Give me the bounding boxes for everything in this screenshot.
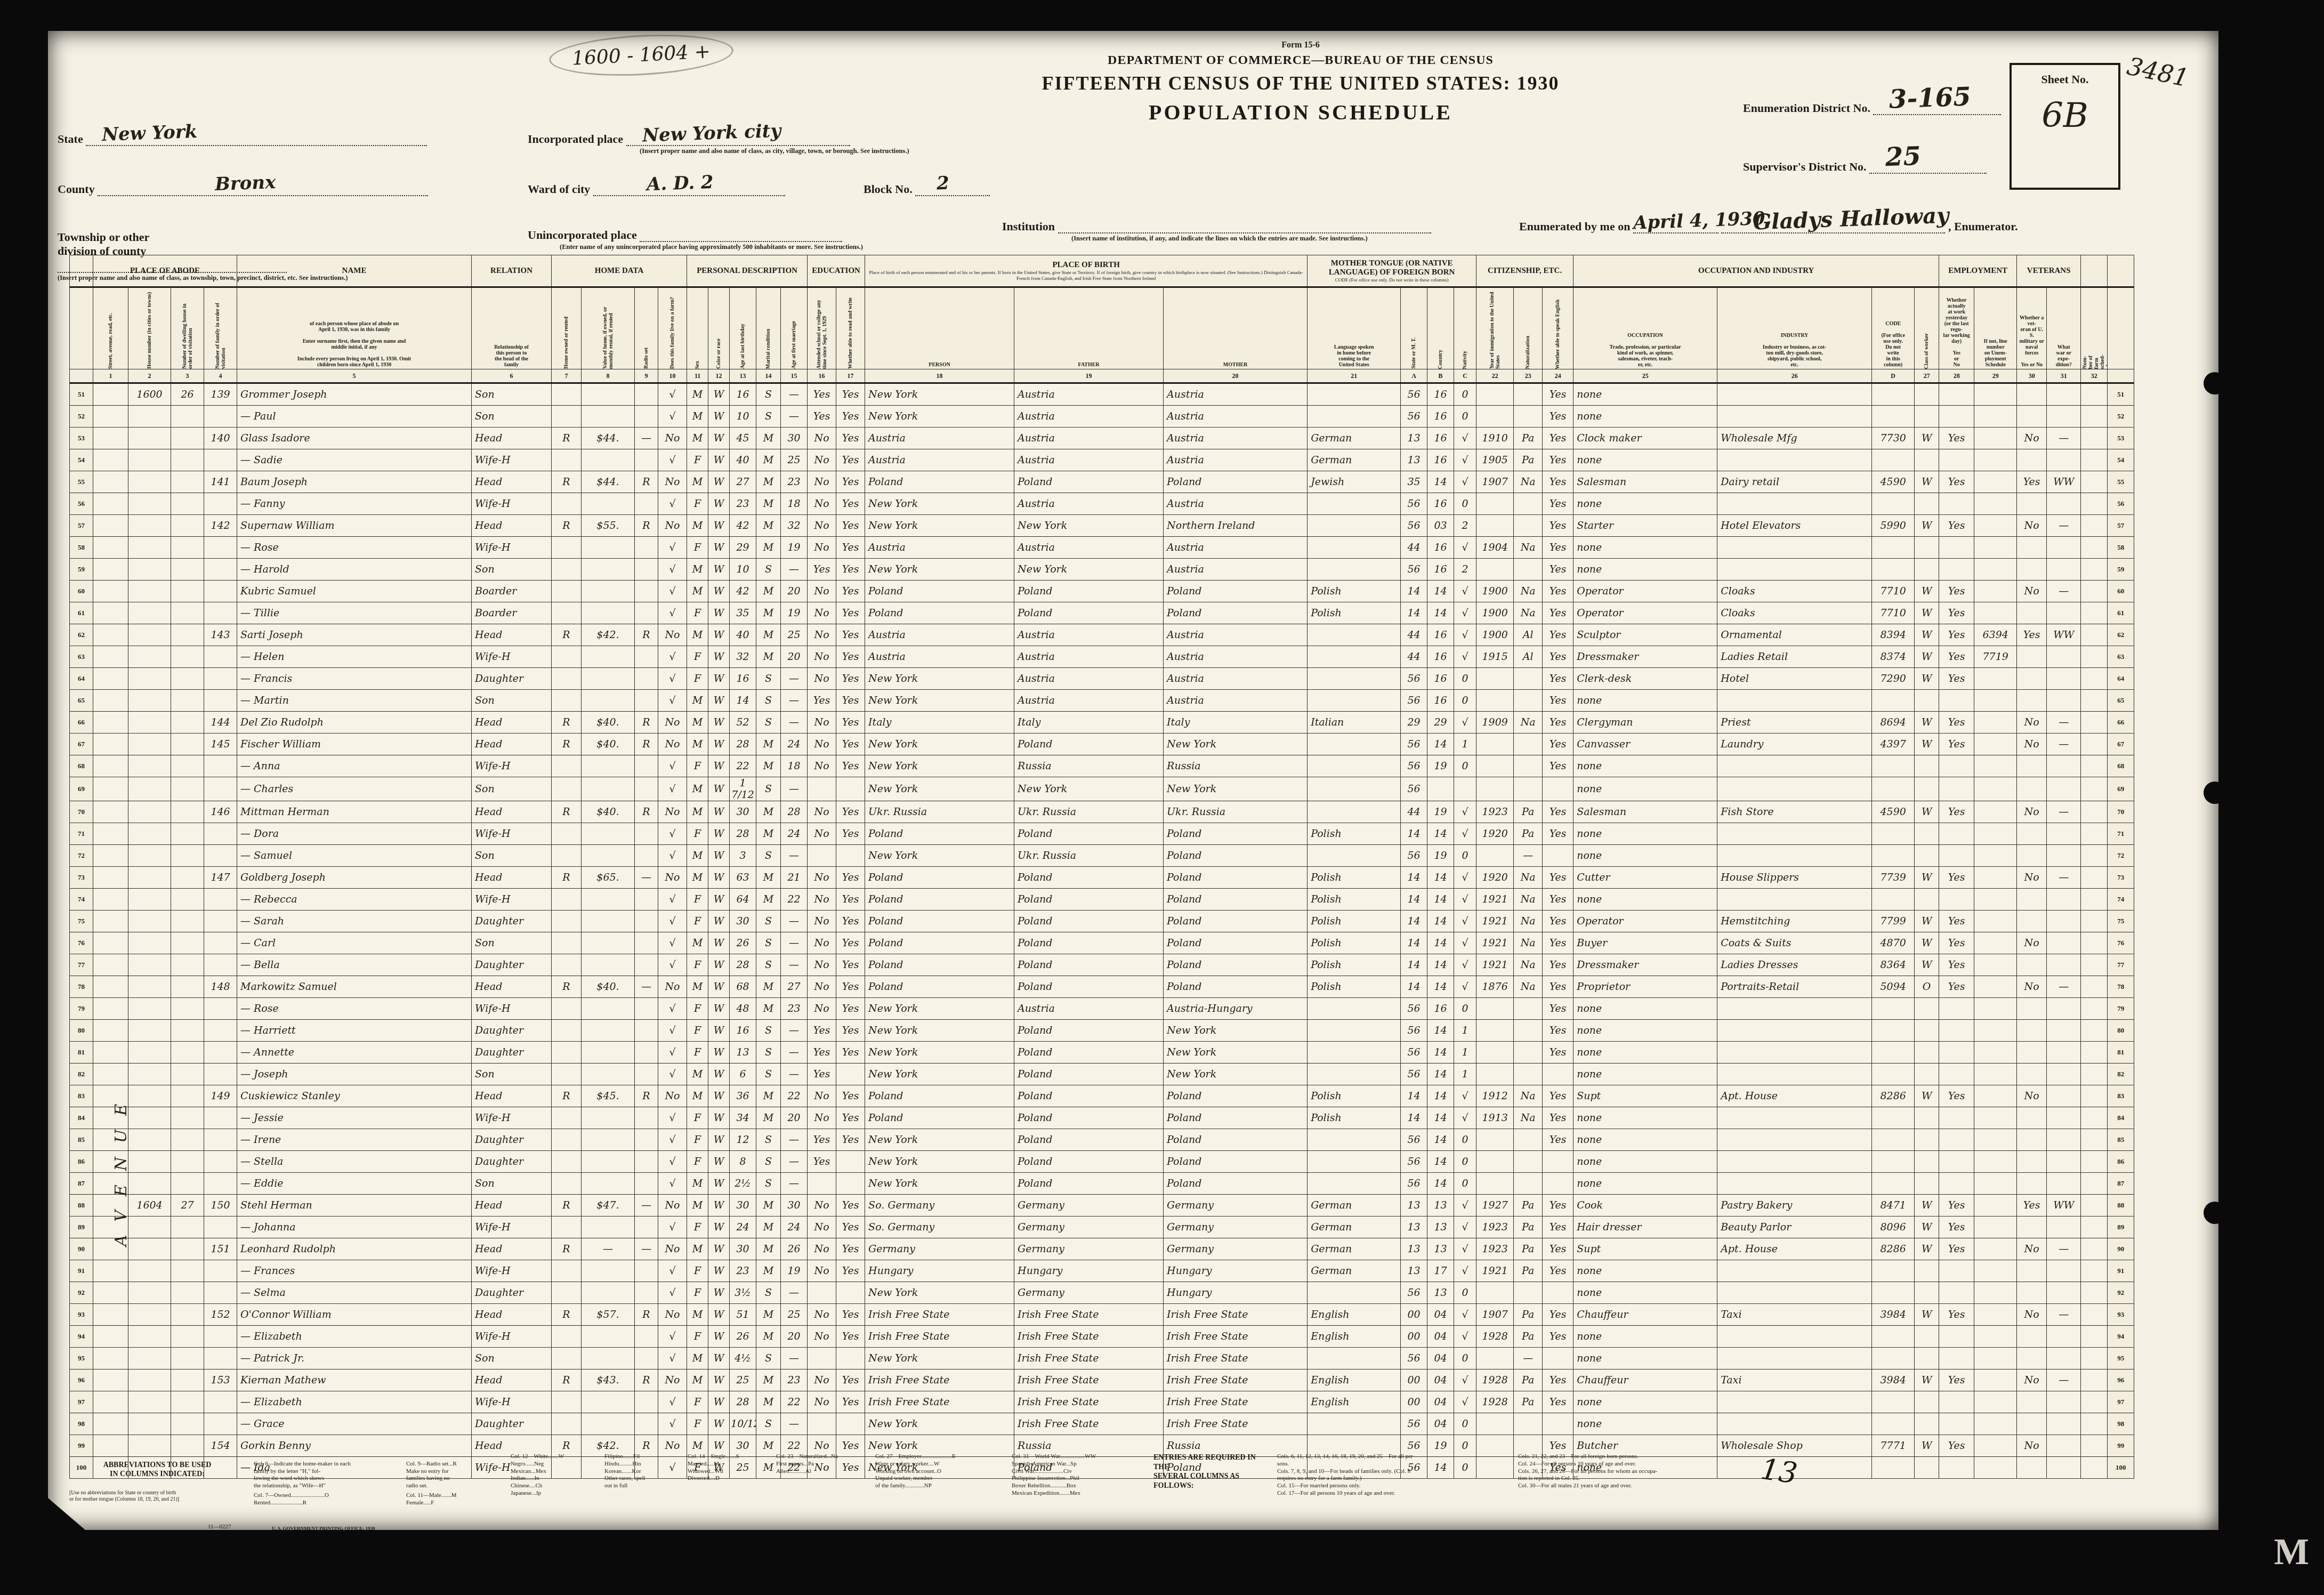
col-language bbox=[1308, 668, 1401, 690]
line-number-left: 88 bbox=[70, 1195, 93, 1217]
col-veteran: No bbox=[2017, 515, 2047, 537]
col23-block: Col. 23—Naturalized...Na First papers...… bbox=[776, 1453, 867, 1514]
col-code-c: √ bbox=[1454, 976, 1476, 998]
col-veteran: No bbox=[2017, 801, 2047, 823]
col-relation: Head bbox=[472, 1238, 552, 1260]
col-language bbox=[1308, 1282, 1401, 1304]
col-war bbox=[2047, 889, 2081, 911]
column-number: 22 bbox=[1476, 369, 1514, 383]
col-dwelling bbox=[171, 823, 204, 845]
col-sex: F bbox=[687, 1282, 708, 1304]
column-number bbox=[70, 369, 93, 383]
col-birth-person: New York bbox=[865, 1020, 1014, 1042]
col-school: No bbox=[808, 801, 836, 823]
col-house-number bbox=[128, 1064, 171, 1085]
col-family bbox=[204, 690, 237, 712]
sheet-stamp: 3481 bbox=[2125, 51, 2192, 92]
col-veteran bbox=[2017, 911, 2047, 932]
col-street bbox=[93, 428, 128, 449]
col-birth-mother: Austria bbox=[1164, 449, 1308, 471]
col-war bbox=[2047, 1020, 2081, 1042]
col-industry bbox=[1717, 1413, 1872, 1435]
col-radio: R bbox=[635, 624, 658, 646]
line-number-right: 82 bbox=[2108, 1064, 2134, 1085]
col-birth-person: Austria bbox=[865, 624, 1014, 646]
col-unemployment bbox=[1974, 515, 2017, 537]
col-industry bbox=[1717, 1064, 1872, 1085]
col-veteran bbox=[2017, 777, 2047, 801]
col-farm-schedule bbox=[2081, 976, 2108, 998]
col-code-c: 0 bbox=[1454, 845, 1476, 867]
col-class-worker: W bbox=[1915, 734, 1939, 755]
col-read-write: Yes bbox=[836, 1326, 865, 1348]
col-at-work: Yes bbox=[1939, 1195, 1974, 1217]
col-radio bbox=[635, 1260, 658, 1282]
col-owned-rented: R bbox=[552, 1304, 582, 1326]
col-at-work bbox=[1939, 1326, 1974, 1348]
col-code-d bbox=[1872, 1282, 1915, 1304]
col-relation: Son bbox=[472, 777, 552, 801]
line-number-right: 67 bbox=[2108, 734, 2134, 755]
col-english: Yes bbox=[1543, 932, 1573, 954]
col-school: No bbox=[808, 976, 836, 998]
col-read-write: Yes bbox=[836, 493, 865, 515]
col-owned-rented bbox=[552, 1107, 582, 1129]
col-code-b: 14 bbox=[1427, 932, 1454, 954]
col-farm-schedule bbox=[2081, 845, 2108, 867]
line-number-right: 93 bbox=[2108, 1304, 2134, 1326]
col-language: Polish bbox=[1308, 954, 1401, 976]
col-birth-mother: Poland bbox=[1164, 1173, 1308, 1195]
col-code-d: 8394 bbox=[1872, 624, 1915, 646]
col-language: English bbox=[1308, 1391, 1401, 1413]
col-unemployment bbox=[1974, 1348, 2017, 1370]
col14-block: Col. 14—Single.......S Married.....M Wid… bbox=[688, 1453, 768, 1514]
col-english: Yes bbox=[1543, 449, 1573, 471]
col-farm: √ bbox=[658, 889, 687, 911]
col9-col11-block: Col. 9—Radio set...R Make no entry for f… bbox=[406, 1453, 502, 1514]
col-english: Yes bbox=[1543, 493, 1573, 515]
col-read-write: Yes bbox=[836, 801, 865, 823]
column-number: 24 bbox=[1543, 369, 1573, 383]
col-farm: No bbox=[658, 1370, 687, 1391]
col-relation: Daughter bbox=[472, 1151, 552, 1173]
col-family bbox=[204, 823, 237, 845]
col-language: English bbox=[1308, 1326, 1401, 1348]
col-birth-father: Poland bbox=[1014, 1085, 1164, 1107]
col-birth-father: Poland bbox=[1014, 823, 1164, 845]
col-occupation: none bbox=[1573, 1391, 1717, 1413]
col-birth-mother: Poland bbox=[1164, 1107, 1308, 1129]
col-home-value bbox=[582, 889, 635, 911]
col-dwelling bbox=[171, 1413, 204, 1435]
col-immigration: 1928 bbox=[1476, 1370, 1514, 1391]
col-veteran: No bbox=[2017, 867, 2047, 889]
col-marital: S bbox=[756, 845, 781, 867]
col-code-c: √ bbox=[1454, 537, 1476, 559]
col-class-worker bbox=[1915, 1413, 1939, 1435]
col-code-a: 56 bbox=[1401, 559, 1427, 581]
col-code-b: 16 bbox=[1427, 449, 1454, 471]
col-code-c: √ bbox=[1454, 581, 1476, 602]
col-home-value: — bbox=[582, 1238, 635, 1260]
col-birth-person: New York bbox=[865, 515, 1014, 537]
col-english: Yes bbox=[1543, 515, 1573, 537]
col-radio bbox=[635, 1064, 658, 1085]
col-code-d bbox=[1872, 1042, 1915, 1064]
col-code-b: 19 bbox=[1427, 755, 1454, 777]
col-unemployment bbox=[1974, 493, 2017, 515]
col-unemployment bbox=[1974, 801, 2017, 823]
col-veteran bbox=[2017, 1064, 2047, 1085]
col-birth-mother: New York bbox=[1164, 1064, 1308, 1085]
line-number-left: 58 bbox=[70, 537, 93, 559]
col-farm-schedule bbox=[2081, 1348, 2108, 1370]
census-row: 88160427150Stehl HermanHeadR$47.—NoMW30M… bbox=[70, 1195, 2134, 1217]
col-home-value bbox=[582, 1217, 635, 1238]
col-owned-rented bbox=[552, 668, 582, 690]
col-name: — Bella bbox=[237, 954, 472, 976]
col-code-a: 56 bbox=[1401, 1413, 1427, 1435]
col-unemployment bbox=[1974, 1064, 2017, 1085]
col-immigration: 1900 bbox=[1476, 624, 1514, 646]
col-code-c: 0 bbox=[1454, 998, 1476, 1020]
col-birth-mother: Germany bbox=[1164, 1238, 1308, 1260]
col-owned-rented: R bbox=[552, 515, 582, 537]
col-age: 35 bbox=[730, 602, 756, 624]
line-number-right: 57 bbox=[2108, 515, 2134, 537]
col-veteran bbox=[2017, 1042, 2047, 1064]
col-family bbox=[204, 954, 237, 976]
col-birth-mother: Hungary bbox=[1164, 1260, 1308, 1282]
col-marital: M bbox=[756, 624, 781, 646]
line-number-left: 89 bbox=[70, 1217, 93, 1238]
col-radio bbox=[635, 602, 658, 624]
col-immigration bbox=[1476, 559, 1514, 581]
col-house-number bbox=[128, 1260, 171, 1282]
col-immigration bbox=[1476, 998, 1514, 1020]
col-farm-schedule bbox=[2081, 690, 2108, 712]
col-relation: Wife-H bbox=[472, 449, 552, 471]
col-race: W bbox=[708, 559, 730, 581]
col-birth-father: Poland bbox=[1014, 1042, 1164, 1064]
col-naturalization bbox=[1514, 515, 1543, 537]
col-read-write bbox=[836, 845, 865, 867]
col-code-a: 14 bbox=[1401, 602, 1427, 624]
col-war bbox=[2047, 449, 2081, 471]
col-code-b: 04 bbox=[1427, 1413, 1454, 1435]
line-number-right: 52 bbox=[2108, 406, 2134, 428]
col-code-a: 00 bbox=[1401, 1304, 1427, 1326]
col-age-married: 30 bbox=[781, 1195, 808, 1217]
col-read-write: Yes bbox=[836, 1107, 865, 1129]
col-home-value: $55. bbox=[582, 515, 635, 537]
column-header-col-english: Whether able to speak English bbox=[1543, 287, 1573, 369]
col-owned-rented bbox=[552, 1173, 582, 1195]
col-farm-schedule bbox=[2081, 624, 2108, 646]
col-farm: √ bbox=[658, 1173, 687, 1195]
col-veteran: Yes bbox=[2017, 471, 2047, 493]
column-group: PERSONAL DESCRIPTION bbox=[687, 255, 808, 287]
col-farm: √ bbox=[658, 998, 687, 1020]
line-number-left: 80 bbox=[70, 1020, 93, 1042]
col-dwelling bbox=[171, 559, 204, 581]
col-veteran bbox=[2017, 1260, 2047, 1282]
census-row: 86— StellaDaughter√FW8S—YesNew YorkPolan… bbox=[70, 1151, 2134, 1173]
col-code-d bbox=[1872, 406, 1915, 428]
col-age-married: — bbox=[781, 1348, 808, 1370]
col-occupation: Chauffeur bbox=[1573, 1370, 1717, 1391]
col-relation: Boarder bbox=[472, 602, 552, 624]
col-farm-schedule bbox=[2081, 1304, 2108, 1326]
col-at-work: Yes bbox=[1939, 976, 1974, 998]
col-english: Yes bbox=[1543, 801, 1573, 823]
col-dwelling bbox=[171, 602, 204, 624]
col-farm: √ bbox=[658, 1391, 687, 1413]
col-family bbox=[204, 755, 237, 777]
col-code-b bbox=[1427, 777, 1454, 801]
line-number-left: 94 bbox=[70, 1326, 93, 1348]
col-marital: M bbox=[756, 823, 781, 845]
col-home-value bbox=[582, 998, 635, 1020]
col-class-worker bbox=[1915, 1173, 1939, 1195]
col-name: Sarti Joseph bbox=[237, 624, 472, 646]
col-farm-schedule bbox=[2081, 1260, 2108, 1282]
line-number-right: 66 bbox=[2108, 712, 2134, 734]
col-language: Polish bbox=[1308, 602, 1401, 624]
col-class-worker bbox=[1915, 1326, 1939, 1348]
census-row: 87— EddieSon√MW2½S—New YorkPolandPoland5… bbox=[70, 1173, 2134, 1195]
col-age: 64 bbox=[730, 889, 756, 911]
col-language bbox=[1308, 690, 1401, 712]
col-code-d: 3984 bbox=[1872, 1370, 1915, 1391]
col-family bbox=[204, 1020, 237, 1042]
line-number-right: 51 bbox=[2108, 383, 2134, 406]
col-code-b: 04 bbox=[1427, 1391, 1454, 1413]
col-industry: Cloaks bbox=[1717, 602, 1872, 624]
census-row: 64— FrancisDaughter√FW16S—NoYesNew YorkA… bbox=[70, 668, 2134, 690]
col-relation: Daughter bbox=[472, 1020, 552, 1042]
col-occupation: none bbox=[1573, 777, 1717, 801]
census-row: 58— RoseWife-H√FW29M19NoYesAustriaAustri… bbox=[70, 537, 2134, 559]
column-number: 9 bbox=[635, 369, 658, 383]
col-race: W bbox=[708, 998, 730, 1020]
col-school bbox=[808, 1173, 836, 1195]
col-code-a: 14 bbox=[1401, 889, 1427, 911]
col-code-b: 14 bbox=[1427, 823, 1454, 845]
column-group: OCCUPATION AND INDUSTRY bbox=[1573, 255, 1939, 287]
col-veteran bbox=[2017, 1151, 2047, 1173]
col-birth-mother: Poland bbox=[1164, 911, 1308, 932]
col-unemployment bbox=[1974, 1042, 2017, 1064]
population-schedule-table: PLACE OF ABODENAMERELATIONHOME DATAPERSO… bbox=[69, 255, 2134, 1479]
col-age-married: — bbox=[781, 1282, 808, 1304]
col-marital: M bbox=[756, 581, 781, 602]
col-farm-schedule bbox=[2081, 1413, 2108, 1435]
col-occupation: none bbox=[1573, 1348, 1717, 1370]
col-relation: Daughter bbox=[472, 911, 552, 932]
col-war bbox=[2047, 845, 2081, 867]
line-number-left: 61 bbox=[70, 602, 93, 624]
col-unemployment bbox=[1974, 1260, 2017, 1282]
col-farm: No bbox=[658, 1085, 687, 1107]
punch-hole bbox=[2204, 372, 2226, 394]
col-class-worker: W bbox=[1915, 932, 1939, 954]
column-number: 31 bbox=[2047, 369, 2081, 383]
col-farm: No bbox=[658, 515, 687, 537]
form-header: 1600 - 1604 + State New York County Bron… bbox=[48, 31, 2218, 255]
col-sex: F bbox=[687, 449, 708, 471]
col-farm-schedule bbox=[2081, 1173, 2108, 1195]
col-code-c: √ bbox=[1454, 1391, 1476, 1413]
col-birth-person: New York bbox=[865, 406, 1014, 428]
col-dwelling bbox=[171, 845, 204, 867]
col-birth-mother: Poland bbox=[1164, 845, 1308, 867]
col-occupation: none bbox=[1573, 1129, 1717, 1151]
col-home-value bbox=[582, 602, 635, 624]
column-group: PLACE OF BIRTHPlace of birth of each per… bbox=[865, 255, 1308, 287]
col-birth-mother: Austria bbox=[1164, 646, 1308, 668]
col-class-worker bbox=[1915, 1129, 1939, 1151]
column-group: CITIZENSHIP, ETC. bbox=[1476, 255, 1573, 287]
col-birth-father: Poland bbox=[1014, 602, 1164, 624]
col-family: 140 bbox=[204, 428, 237, 449]
col-code-b: 19 bbox=[1427, 801, 1454, 823]
column-group: HOME DATA bbox=[552, 255, 687, 287]
col-family bbox=[204, 406, 237, 428]
census-row: 75— SarahDaughter√FW30S—NoYesPolandPolan… bbox=[70, 911, 2134, 932]
col-war bbox=[2047, 537, 2081, 559]
col-birth-person: Austria bbox=[865, 449, 1014, 471]
column-number: 6 bbox=[472, 369, 552, 383]
col-birth-father: Hungary bbox=[1014, 1260, 1164, 1282]
col-home-value bbox=[582, 932, 635, 954]
col-age-married: — bbox=[781, 1173, 808, 1195]
col-language bbox=[1308, 1413, 1401, 1435]
col-farm: √ bbox=[658, 954, 687, 976]
col-code-b: 14 bbox=[1427, 867, 1454, 889]
abbreviations-block: ABBREVIATIONS TO BE USED IN COLUMNS INDI… bbox=[69, 1453, 245, 1514]
col-dwelling bbox=[171, 428, 204, 449]
col-code-d bbox=[1872, 1064, 1915, 1085]
col-owned-rented bbox=[552, 602, 582, 624]
col-birth-mother: Ukr. Russia bbox=[1164, 801, 1308, 823]
col-language bbox=[1308, 1020, 1401, 1042]
col-code-c: 0 bbox=[1454, 755, 1476, 777]
col-war: — bbox=[2047, 1304, 2081, 1326]
col-family bbox=[204, 1260, 237, 1282]
col-radio bbox=[635, 1173, 658, 1195]
col-age-married: 32 bbox=[781, 515, 808, 537]
col-birth-person: Austria bbox=[865, 646, 1014, 668]
col-age-married: 18 bbox=[781, 493, 808, 515]
col-occupation: Supt bbox=[1573, 1085, 1717, 1107]
col-industry bbox=[1717, 889, 1872, 911]
col-dwelling bbox=[171, 1129, 204, 1151]
col-sex: M bbox=[687, 976, 708, 998]
col-immigration bbox=[1476, 1064, 1514, 1085]
col-race: W bbox=[708, 1326, 730, 1348]
col-radio bbox=[635, 581, 658, 602]
col-farm-schedule bbox=[2081, 1020, 2108, 1042]
col-farm: √ bbox=[658, 1282, 687, 1304]
col-occupation: none bbox=[1573, 690, 1717, 712]
line-number-right: 68 bbox=[2108, 755, 2134, 777]
col-birth-person: Germany bbox=[865, 1238, 1014, 1260]
col-race: W bbox=[708, 1151, 730, 1173]
census-row: 62143Sarti JosephHeadR$42.RNoMW40M25NoYe… bbox=[70, 624, 2134, 646]
col-name: Mittman Herman bbox=[237, 801, 472, 823]
entries-left: Cols. 6, 11, 12, 13, 14, 16, 18, 19, 20,… bbox=[1277, 1453, 1506, 1514]
col-birth-person: Austria bbox=[865, 428, 1014, 449]
col-sex: F bbox=[687, 537, 708, 559]
col-radio: R bbox=[635, 1370, 658, 1391]
col-sex: M bbox=[687, 1085, 708, 1107]
col-unemployment bbox=[1974, 1370, 2017, 1391]
column-header-col-school: Attended school or college any time sinc… bbox=[808, 287, 836, 369]
col-relation: Daughter bbox=[472, 1282, 552, 1304]
col-name: Supernaw William bbox=[237, 515, 472, 537]
col-immigration bbox=[1476, 734, 1514, 755]
col-english: Yes bbox=[1543, 471, 1573, 493]
col-race: W bbox=[708, 1195, 730, 1217]
col-unemployment bbox=[1974, 1195, 2017, 1217]
line-number-left: 96 bbox=[70, 1370, 93, 1391]
col-read-write: Yes bbox=[836, 428, 865, 449]
col-age-married: 20 bbox=[781, 1107, 808, 1129]
col-war bbox=[2047, 406, 2081, 428]
col-code-a: 14 bbox=[1401, 823, 1427, 845]
col-unemployment bbox=[1974, 1304, 2017, 1326]
col-family bbox=[204, 1217, 237, 1238]
census-row: 85— IreneDaughter√FW12S—YesYesNew YorkPo… bbox=[70, 1129, 2134, 1151]
col-read-write bbox=[836, 1413, 865, 1435]
col-dwelling bbox=[171, 1085, 204, 1107]
col-house-number bbox=[128, 712, 171, 734]
col-name: — Fanny bbox=[237, 493, 472, 515]
col-code-b: 14 bbox=[1427, 1042, 1454, 1064]
col-school: Yes bbox=[808, 690, 836, 712]
col-code-a: 44 bbox=[1401, 624, 1427, 646]
col-industry: Ladies Retail bbox=[1717, 646, 1872, 668]
col-house-number bbox=[128, 976, 171, 998]
col-home-value: $42. bbox=[582, 624, 635, 646]
column-group: EDUCATION bbox=[808, 255, 865, 287]
column-header-col-birth-mother: MOTHER bbox=[1164, 287, 1308, 369]
col-occupation: none bbox=[1573, 537, 1717, 559]
col-home-value bbox=[582, 1413, 635, 1435]
col-read-write: Yes bbox=[836, 383, 865, 406]
col-code-d bbox=[1872, 383, 1915, 406]
col27-block: Col. 27—Employer.....................E W… bbox=[875, 1453, 1003, 1514]
col-class-worker: W bbox=[1915, 1085, 1939, 1107]
col-unemployment bbox=[1974, 1413, 2017, 1435]
col-farm-schedule bbox=[2081, 515, 2108, 537]
township-label: Township or other division of county bbox=[58, 230, 149, 257]
col-at-work bbox=[1939, 777, 1974, 801]
col-farm-schedule bbox=[2081, 1391, 2108, 1413]
col-english: Yes bbox=[1543, 867, 1573, 889]
col-english: Yes bbox=[1543, 1260, 1573, 1282]
col-naturalization: Na bbox=[1514, 911, 1543, 932]
col-language: Polish bbox=[1308, 1107, 1401, 1129]
col-house-number bbox=[128, 1173, 171, 1195]
col-dwelling bbox=[171, 734, 204, 755]
col-sex: F bbox=[687, 954, 708, 976]
col-sex: F bbox=[687, 1020, 708, 1042]
col-house-number bbox=[128, 537, 171, 559]
col-farm: √ bbox=[658, 932, 687, 954]
